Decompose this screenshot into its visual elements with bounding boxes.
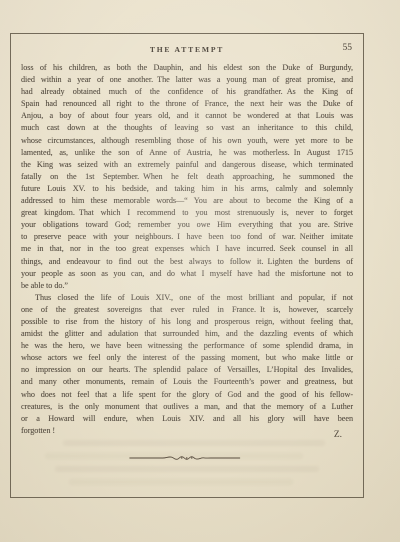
text-line: who does not feel that a life spent for … xyxy=(21,389,353,401)
show-through-ghost-text xyxy=(69,479,293,485)
paragraph-2: Thus closed the life of Louis XIV., one … xyxy=(21,292,353,437)
text-line: no impression on our hearts. The splendi… xyxy=(21,364,353,376)
author-signature: Z. xyxy=(334,430,342,440)
paragraph-1: loss of his children, as both the Dauphi… xyxy=(21,62,353,292)
text-line: or a Howard will endure, when Louis XIV.… xyxy=(21,413,353,425)
text-line: possible to rise from the history of his… xyxy=(21,316,353,328)
text-line: your people as soon as you can, and do w… xyxy=(21,268,353,280)
text-line: great kingdom. That which I recommend to… xyxy=(21,207,353,219)
page-number: 55 xyxy=(343,43,353,53)
text-line: had already obtained much of the confide… xyxy=(21,86,353,98)
text-line: addressed to him these memorable words—“… xyxy=(21,195,353,207)
text-line: died within a year of one another. The l… xyxy=(21,74,353,86)
text-line: to preserve peace with your neighbours. … xyxy=(21,231,353,243)
running-header: THE ATTEMPT 55 xyxy=(21,45,353,57)
text-line: one of the greatest sovereigns that ever… xyxy=(21,304,353,316)
text-line: fatally on the 1st September. When he fe… xyxy=(21,171,353,183)
text-line: and many other monuments, remain of Loui… xyxy=(21,376,353,388)
text-line: the King was seized with an extremely pa… xyxy=(21,159,353,171)
book-page-scan: THE ATTEMPT 55 loss of his children, as … xyxy=(0,0,400,542)
page-border-frame: THE ATTEMPT 55 loss of his children, as … xyxy=(10,33,364,498)
text-line: your obligations toward God; remember yo… xyxy=(21,219,353,231)
end-flourish-icon xyxy=(129,453,241,463)
text-line: future Louis XV. to his bedside, and tak… xyxy=(21,183,353,195)
text-line: whose actors we feel only the interest o… xyxy=(21,352,353,364)
running-title: THE ATTEMPT xyxy=(21,45,353,54)
text-line: Spain had renounced all right to the thr… xyxy=(21,98,353,110)
text-line: be able to do.” xyxy=(21,280,353,292)
text-line: he was the hero, we have been witnessing… xyxy=(21,340,353,352)
text-line: amidst the glitter and adulation that su… xyxy=(21,328,353,340)
text-line: me in that, nor in the too great expense… xyxy=(21,243,353,255)
text-line: Anjou, a boy of about four years old, an… xyxy=(21,110,353,122)
page-body: loss of his children, as both the Dauphi… xyxy=(21,62,353,437)
text-line: lamented, as, unlike the son of Anne of … xyxy=(21,147,353,159)
text-line: much cast down at the thoughts of leavin… xyxy=(21,122,353,134)
text-line: creatures, is the only monument that out… xyxy=(21,401,353,413)
show-through-ghost-text xyxy=(63,440,325,446)
text-line: loss of his children, as both the Dauphi… xyxy=(21,62,353,74)
text-line: forgotten ! xyxy=(21,425,353,437)
show-through-ghost-text xyxy=(55,466,319,472)
text-line: things, and endeavour to find out the be… xyxy=(21,256,353,268)
text-line: whose circumstances, although resembling… xyxy=(21,135,353,147)
text-line: Thus closed the life of Louis XIV., one … xyxy=(21,292,353,304)
